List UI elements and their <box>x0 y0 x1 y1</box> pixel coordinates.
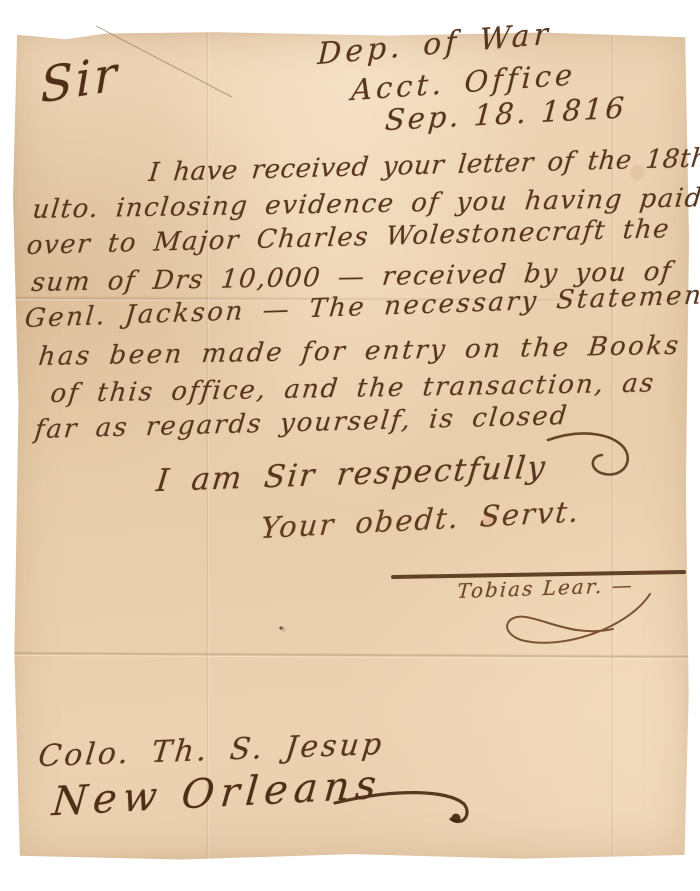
salutation: Sir <box>40 49 120 110</box>
scanned-letter-page: Dep. of War Acct. Office Sep. 18. 1816 S… <box>0 0 700 891</box>
fold-crease-horizontal-lower <box>11 651 692 660</box>
signature-tobias-lear: Tobias Lear. — <box>457 575 635 601</box>
